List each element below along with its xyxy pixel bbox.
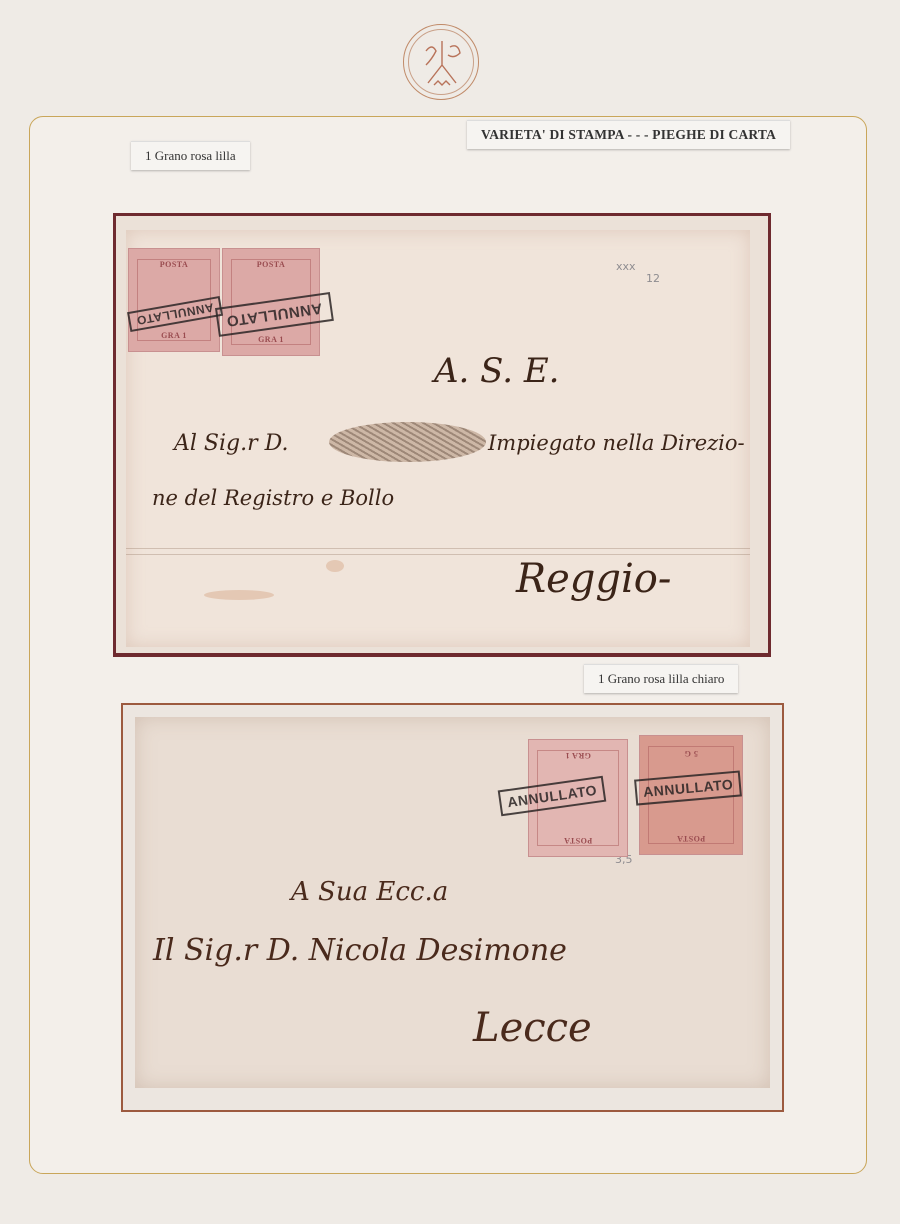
address-line-1: A. S. E. bbox=[434, 351, 560, 391]
paper-stain bbox=[204, 590, 274, 600]
ink-blot-redaction bbox=[329, 422, 486, 462]
cover-2-label: 1 Grano rosa lilla chiaro bbox=[584, 664, 738, 693]
cover-1-label: 1 Grano rosa lilla bbox=[131, 141, 250, 170]
address-line-2: Il Sig.r D. Nicola Desimone bbox=[153, 933, 567, 968]
paper-stain bbox=[326, 560, 344, 572]
address-line-3: ne del Registro e Bollo bbox=[152, 486, 394, 510]
pencil-note: xxx bbox=[616, 260, 636, 273]
paper-fold bbox=[126, 554, 750, 555]
address-line-1: A Sua Ecc.a bbox=[291, 877, 448, 907]
album-crest-emblem bbox=[403, 24, 479, 100]
address-line-2-suffix: Impiegato nella Direzio- bbox=[488, 431, 745, 455]
address-city: Lecce bbox=[473, 1005, 592, 1051]
pencil-note: 12 bbox=[646, 272, 660, 285]
page-title: VARIETA' DI STAMPA - - - PIEGHE DI CARTA bbox=[467, 120, 790, 149]
paper-fold bbox=[126, 548, 750, 549]
address-line-2-prefix: Al Sig.r D. bbox=[174, 431, 288, 456]
cover-2-mount: 3,5 GRA 1 POSTA 5 G POSTA ANNULLATO ANNU… bbox=[121, 703, 784, 1112]
address-city: Reggio- bbox=[516, 556, 671, 602]
crest-icon bbox=[404, 25, 480, 101]
